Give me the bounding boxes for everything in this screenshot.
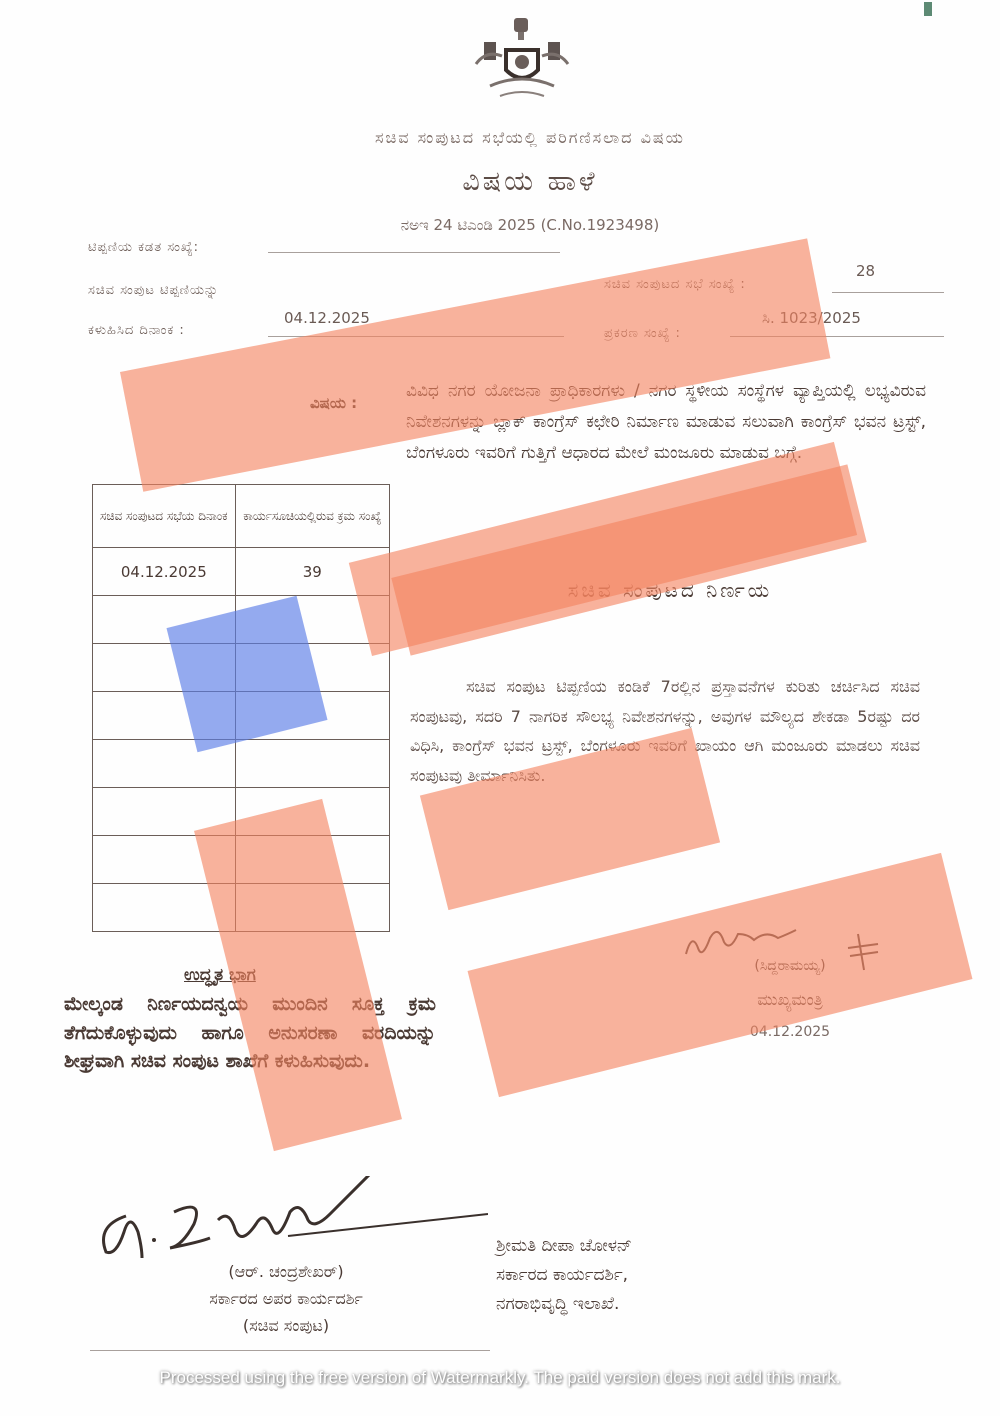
agenda-number-cell xyxy=(235,884,389,932)
right-signatory-designation: ಸರ್ಕಾರದ ಕಾರ್ಯದರ್ಶಿ, xyxy=(496,1261,776,1290)
meeting-date-cell xyxy=(93,596,236,644)
table-row xyxy=(93,788,390,836)
agenda-number-cell: 39 xyxy=(235,548,389,596)
right-signatory-name: ಶ್ರೀಮತಿ ದೀಪಾ ಚೋಳನ್ xyxy=(496,1232,776,1261)
table-row xyxy=(93,692,390,740)
table-row: 04.12.202539 xyxy=(93,548,390,596)
redaction-overlay xyxy=(468,853,973,1097)
case-number-line xyxy=(730,336,944,337)
bottom-rule xyxy=(90,1350,490,1351)
table-row xyxy=(93,836,390,884)
case-number-value: ಸಿ. 1023/2025 xyxy=(762,309,861,327)
left-signatory-name: (ಆರ್. ಚಂದ್ರಶೇಖರ್) xyxy=(96,1258,476,1285)
meeting-number-label: ಸಚಿವ ಸಂಪುಟದ ಸಭೆ ಸಂಖ್ಯೆ : xyxy=(604,277,746,292)
reference-number: ನಅಇ 24 ಟಿಎಂಡಿ 2025 (C.No.1923498) xyxy=(250,216,810,234)
column-header: ಕಾರ್ಯಸೂಚಿಯಲ್ಲಿರುವ ಕ್ರಮ ಸಂಖ್ಯೆ xyxy=(235,485,389,548)
table-row xyxy=(93,740,390,788)
left-signature-scribble-icon xyxy=(88,1176,488,1262)
meeting-date-cell xyxy=(93,740,236,788)
table-header-row: ಸಚಿವ ಸಂಪುಟದ ಸಭೆಯ ದಿನಾಂಕ ಕಾರ್ಯಸೂಚಿಯಲ್ಲಿರು… xyxy=(93,485,390,548)
meeting-date-cell xyxy=(93,692,236,740)
circulated-date-line xyxy=(268,336,564,337)
agenda-number-cell xyxy=(235,644,389,692)
register-table: ಸಚಿವ ಸಂಪುಟದ ಸಭೆಯ ದಿನಾಂಕ ಕಾರ್ಯಸೂಚಿಯಲ್ಲಿರು… xyxy=(92,484,390,932)
column-header: ಸಚಿವ ಸಂಪುಟದ ಸಭೆಯ ದಿನಾಂಕ xyxy=(93,485,236,548)
watermark-text: Processed using the free version of Wate… xyxy=(0,1368,1000,1388)
table-row xyxy=(93,644,390,692)
extract-title: ಉದ್ಧೃತ ಭಾಗ xyxy=(184,965,256,985)
circulated-date-label: ಕಳುಹಿಸಿದ ದಿನಾಂಕ : xyxy=(88,323,185,338)
subject-label: ವಿಷಯ : xyxy=(310,394,357,412)
circulated-date-value: 04.12.2025 xyxy=(284,309,370,327)
table-row xyxy=(93,596,390,644)
meeting-number-line xyxy=(832,292,944,293)
left-signatory-department: (ಸಚಿವ ಸಂಪುಟ) xyxy=(96,1312,476,1339)
meeting-date-cell xyxy=(93,788,236,836)
meeting-date-cell: 04.12.2025 xyxy=(93,548,236,596)
file-number-line xyxy=(268,252,560,253)
agenda-number-cell xyxy=(235,788,389,836)
decision-text: ಸಚಿವ ಸಂಪುಟ ಟಿಪ್ಪಣಿಯ ಕಂಡಿಕೆ 7ರಲ್ಲಿನ ಪ್ರಸ್… xyxy=(410,672,920,790)
right-signatory-block: ಶ್ರೀಮತಿ ದೀಪಾ ಚೋಳನ್ ಸರ್ಕಾರದ ಕಾರ್ಯದರ್ಶಿ, ನ… xyxy=(496,1232,776,1319)
meeting-number-value: 28 xyxy=(856,262,875,280)
agenda-number-cell xyxy=(235,740,389,788)
agenda-number-cell xyxy=(235,836,389,884)
redaction-overlay xyxy=(391,464,866,655)
cm-sign-date: 04.12.2025 xyxy=(680,1024,900,1040)
extract-text: ಮೇಲ್ಕಂಡ ನಿರ್ಣಯದನ್ವಯ ಮುಂದಿನ ಸೂಕ್ತ ಕ್ರಮ ತೆ… xyxy=(64,990,436,1076)
cabinet-note-label: ಸಚಿವ ಸಂಪುಟ ಟಿಪ್ಪಣಿಯನ್ನು xyxy=(88,283,219,298)
meeting-date-cell xyxy=(93,836,236,884)
cm-designation: ಮುಖ್ಯಮಂತ್ರಿ xyxy=(680,990,900,1010)
corner-mark xyxy=(924,2,932,16)
left-signatory-designation: ಸರ್ಕಾರದ ಅಪರ ಕಾರ್ಯದರ್ಶಿ xyxy=(96,1285,476,1312)
meeting-date-cell xyxy=(93,644,236,692)
file-number-label: ಟಿಪ್ಪಣಿಯ ಕಡತ ಸಂಖ್ಯೆ: xyxy=(88,240,199,255)
case-number-label: ಪ್ರಕರಣ ಸಂಖ್ಯೆ : xyxy=(604,326,681,341)
cm-name: (ಸಿದ್ದರಾಮಯ್ಯ) xyxy=(680,958,900,974)
agenda-number-cell xyxy=(235,596,389,644)
subject-text: ವಿವಿಧ ನಗರ ಯೋಜನಾ ಪ್ರಾಧಿಕಾರಗಳು / ನಗರ ಸ್ಥಳೀ… xyxy=(406,376,926,469)
left-signatory-block: (ಆರ್. ಚಂದ್ರಶೇಖರ್) ಸರ್ಕಾರದ ಅಪರ ಕಾರ್ಯದರ್ಶಿ… xyxy=(96,1258,476,1339)
page-title: ವಿಷಯ ಹಾಳೆ xyxy=(250,166,810,198)
state-emblem-icon xyxy=(470,14,574,110)
table-row xyxy=(93,884,390,932)
meeting-date-cell xyxy=(93,884,236,932)
redaction-overlay xyxy=(349,442,857,656)
right-signatory-department: ನಗರಾಭಿವೃದ್ಧಿ ಇಲಾಖೆ. xyxy=(496,1290,776,1319)
decision-title: ಸಚಿವ ಸಂಪುಟದ ನಿರ್ಣಯ xyxy=(430,578,910,602)
agenda-number-cell xyxy=(235,692,389,740)
header-line: ಸಚಿವ ಸಂಪುಟದ ಸಭೆಯಲ್ಲಿ ಪರಿಗಣಿಸಲಾದ ವಿಷಯ xyxy=(250,128,810,148)
